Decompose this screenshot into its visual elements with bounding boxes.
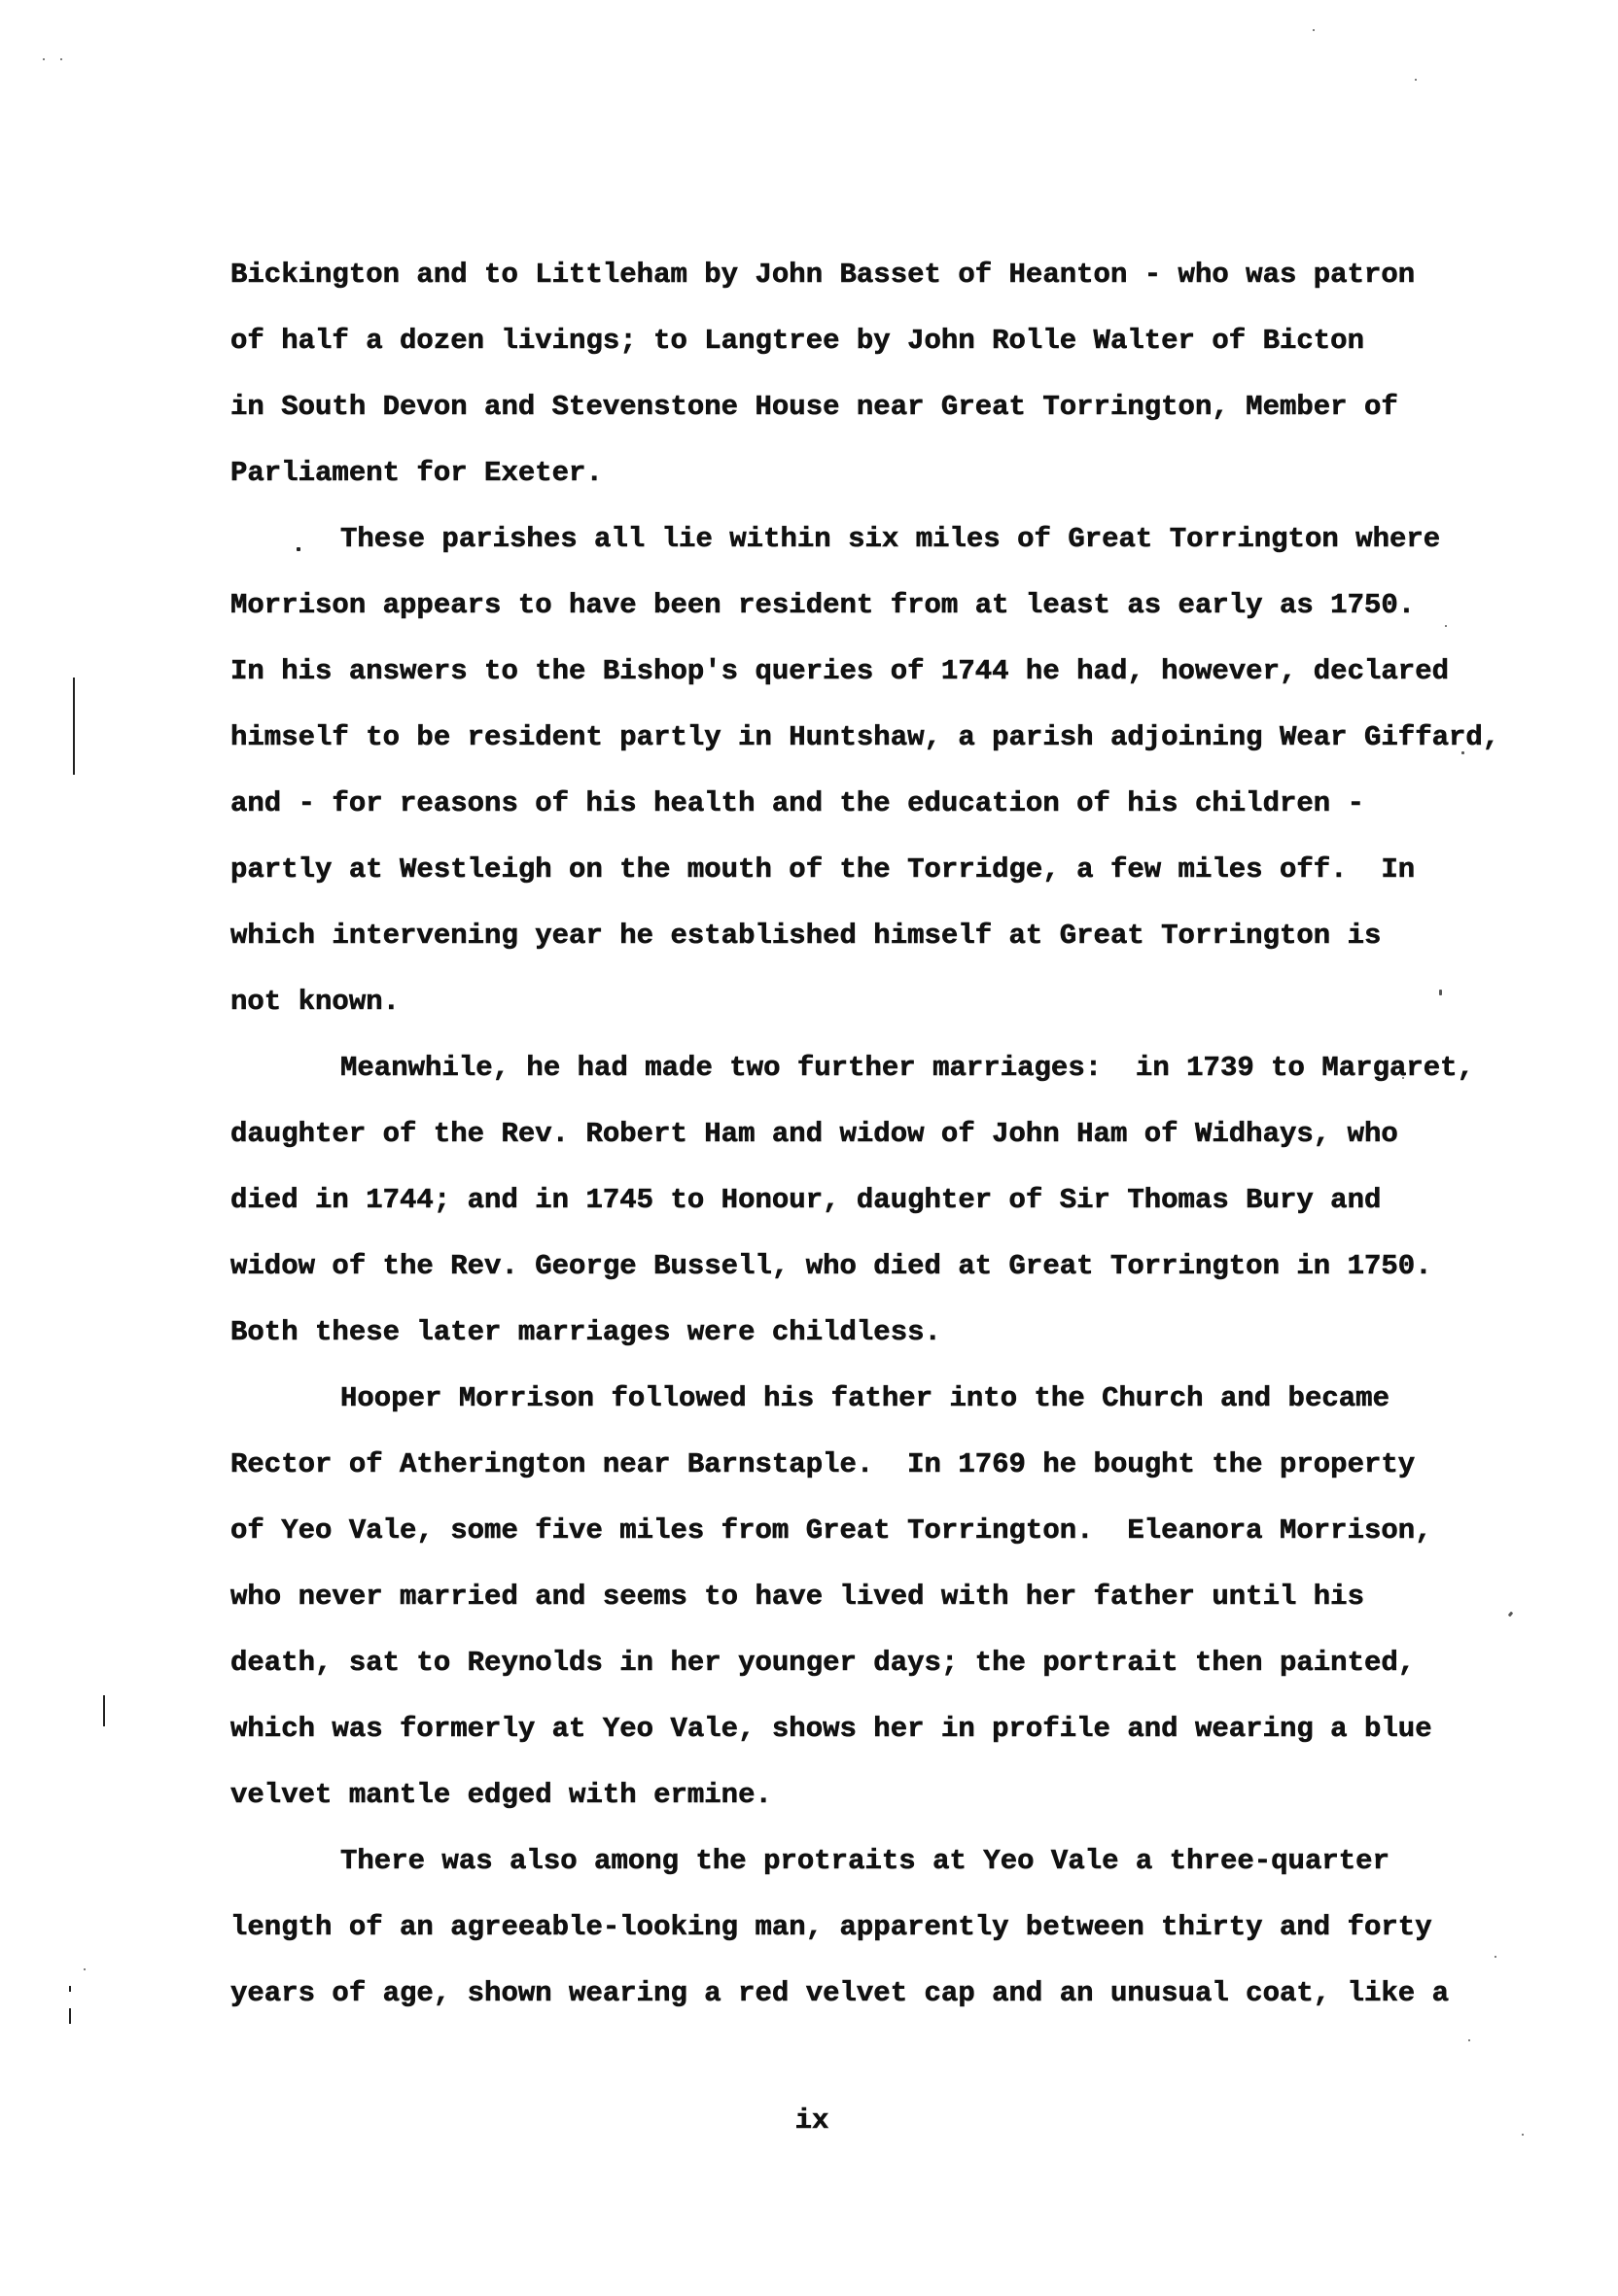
- paragraph-first-line: Hooper Morrison followed his father into…: [230, 1379, 1514, 1445]
- text-line: not known.: [230, 983, 1514, 1049]
- text-line: Rector of Atherington near Barnstaple. I…: [230, 1445, 1514, 1512]
- scan-speck: [297, 547, 300, 551]
- scan-speck: [84, 1968, 86, 1970]
- scan-speck: [1522, 2134, 1524, 2136]
- document-page: Bickington and to Littleham by John Bass…: [0, 0, 1618, 2296]
- text-line: died in 1744; and in 1745 to Honour, dau…: [230, 1181, 1514, 1247]
- text-line: Morrison appears to have been resident f…: [230, 586, 1514, 652]
- text-line: and - for reasons of his health and the …: [230, 784, 1514, 851]
- text-line: Both these later marriages were childles…: [230, 1313, 1514, 1379]
- text-line: Parliament for Exeter.: [230, 454, 1514, 520]
- text-line: who never married and seems to have live…: [230, 1578, 1514, 1644]
- text-line: of Yeo Vale, some five miles from Great …: [230, 1512, 1514, 1578]
- paragraph-first-line: These parishes all lie within six miles …: [230, 520, 1514, 586]
- text-line: in South Devon and Stevenstone House nea…: [230, 388, 1514, 454]
- text-line: himself to be resident partly in Huntsha…: [230, 718, 1514, 784]
- text-line: length of an agreeable-looking man, appa…: [230, 1908, 1514, 1974]
- body-text: Bickington and to Littleham by John Bass…: [230, 256, 1514, 2040]
- text-line: which was formerly at Yeo Vale, shows he…: [230, 1710, 1514, 1776]
- scan-speck: [1313, 29, 1315, 31]
- paragraph-first-line: There was also among the protraits at Ye…: [230, 1842, 1514, 1908]
- margin-mark: [73, 678, 75, 775]
- margin-mark: [103, 1695, 105, 1726]
- text-line: years of age, shown wearing a red velvet…: [230, 1974, 1514, 2040]
- margin-mark: [69, 1986, 71, 1992]
- text-line: In his answers to the Bishop's queries o…: [230, 652, 1514, 718]
- text-line: widow of the Rev. George Bussell, who di…: [230, 1247, 1514, 1313]
- scan-speck: [1415, 79, 1417, 81]
- scan-speck: [1495, 1956, 1496, 1958]
- scan-speck: [1445, 625, 1447, 627]
- scan-speck: [1468, 2039, 1470, 2041]
- text-line: of half a dozen livings; to Langtree by …: [230, 322, 1514, 388]
- margin-mark: [69, 2008, 71, 2024]
- text-line: velvet mantle edged with ermine.: [230, 1776, 1514, 1842]
- paragraph-first-line: Meanwhile, he had made two further marri…: [230, 1049, 1514, 1115]
- scan-speck: [43, 58, 45, 60]
- text-line: which intervening year he established hi…: [230, 917, 1514, 983]
- scan-speck: [60, 58, 62, 60]
- text-line: death, sat to Reynolds in her younger da…: [230, 1644, 1514, 1710]
- text-line: daughter of the Rev. Robert Ham and wido…: [230, 1115, 1514, 1181]
- scan-speck: [1439, 990, 1442, 995]
- scan-speck: [1461, 751, 1464, 754]
- text-line: partly at Westleigh on the mouth of the …: [230, 851, 1514, 917]
- scan-speck: [1402, 1077, 1404, 1079]
- text-line: Bickington and to Littleham by John Bass…: [230, 256, 1514, 322]
- page-number: ix: [0, 2102, 1618, 2140]
